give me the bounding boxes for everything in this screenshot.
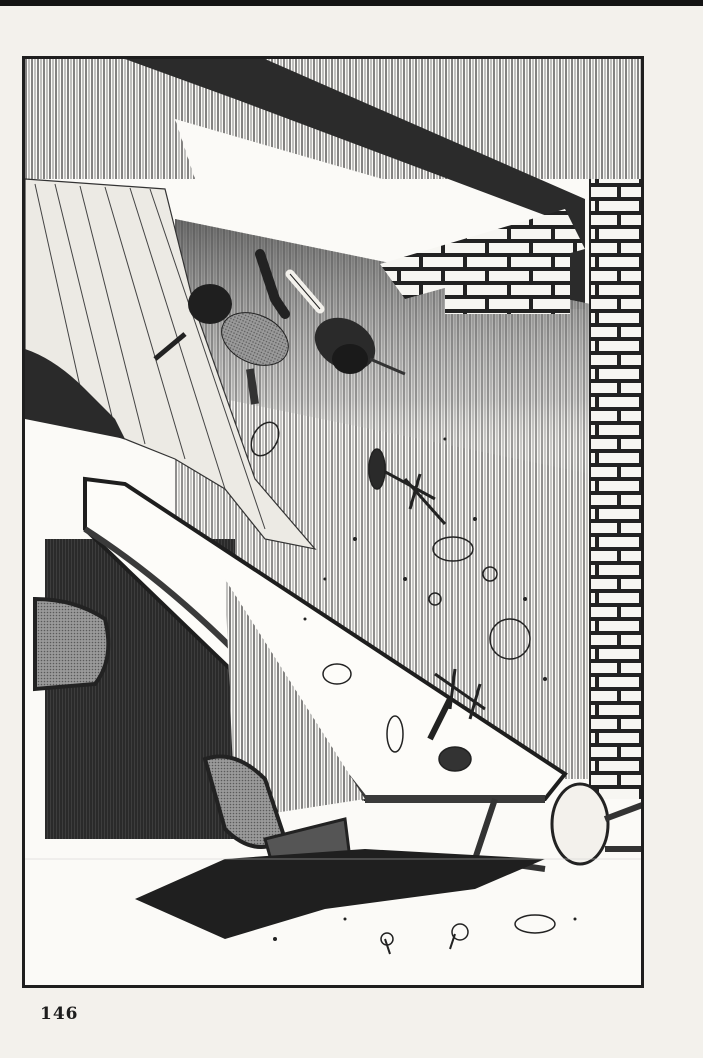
comic-panel	[22, 56, 644, 988]
toppled-chair-left	[35, 599, 108, 689]
brick-wall	[590, 179, 644, 799]
page-top-edge	[0, 0, 703, 6]
floor-shadow	[135, 849, 545, 939]
candle-base	[439, 747, 471, 771]
panel-illustration	[25, 59, 644, 988]
plate	[515, 915, 555, 933]
page-number: 146	[40, 1004, 79, 1024]
spiky-hair-head	[188, 284, 232, 324]
goblets	[385, 934, 455, 954]
